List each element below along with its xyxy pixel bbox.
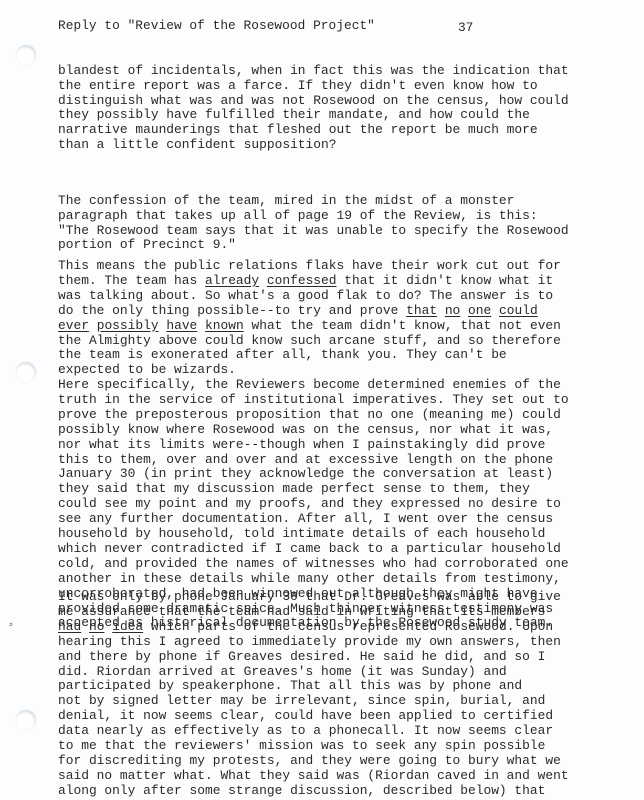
text-line: which never contradicted if I came back … [58, 541, 561, 556]
text-run: the entire report was a farce. If they d… [58, 78, 538, 93]
text-line: possibly know where Rosewood was on the … [58, 422, 553, 437]
text-run: nor what its limits were--though when I … [58, 437, 545, 452]
text-run: another in these details while many othe… [58, 571, 561, 586]
text-run [81, 619, 89, 634]
page-number: 37 [458, 20, 473, 35]
text-line: they possibly have fulfilled their manda… [58, 107, 530, 122]
text-line: expected to be wizards. [58, 362, 236, 377]
underlined-emphasis: ever [58, 318, 89, 333]
text-line: portion of Precinct 9." [58, 237, 236, 252]
text-run [437, 303, 445, 318]
text-run: This means the public relations flaks ha… [58, 258, 561, 273]
text-line: this to them, over and over and at exces… [58, 452, 553, 467]
text-line: them. The team has already confessed tha… [58, 273, 553, 288]
text-run: blandest of incidentals, when in fact th… [58, 63, 569, 78]
text-run: portion of Precinct 9." [58, 237, 236, 252]
text-run: Here specifically, the Reviewers become … [58, 377, 561, 392]
underlined-emphasis: idea [112, 619, 143, 634]
text-run: they possibly have fulfilled their manda… [58, 107, 530, 122]
underlined-emphasis: had [58, 619, 81, 634]
text-line: to me that the reviewers' mission was to… [58, 738, 545, 753]
text-line: The confession of the team, mired in the… [58, 193, 514, 208]
underlined-emphasis: no [445, 303, 460, 318]
text-run: them. The team has [58, 273, 205, 288]
underlined-emphasis: could [499, 303, 538, 318]
text-run: could see my point and my proofs, and th… [58, 496, 561, 511]
text-run: expected to be wizards. [58, 362, 236, 377]
text-run: for discrediting my protests, and they w… [58, 753, 561, 768]
text-line: prove the preposterous proposition that … [58, 407, 561, 422]
scan-speck: ⸗ [8, 620, 14, 631]
text-line: do the only thing possible--to try and p… [58, 303, 538, 318]
text-run [491, 303, 499, 318]
text-line: for discrediting my protests, and they w… [58, 753, 561, 768]
text-line: see any further documentation. After all… [58, 511, 553, 526]
underlined-emphasis: one [468, 303, 491, 318]
text-line: was talking about. So what's a good flak… [58, 288, 553, 303]
underlined-emphasis: confessed [267, 273, 337, 288]
punch-hole [16, 45, 36, 65]
text-line: the team is exonerated after all, thank … [58, 347, 507, 362]
text-run: "The Rosewood team says that it was unab… [58, 223, 569, 238]
text-run: prove the preposterous proposition that … [58, 407, 561, 422]
text-run [197, 318, 205, 333]
underlined-emphasis: possibly [97, 318, 159, 333]
text-run: cold, and provided the names of witnesse… [58, 556, 569, 571]
text-run: to me that the reviewers' mission was to… [58, 738, 545, 753]
text-line: participated by speakerphone. That all t… [58, 678, 522, 693]
text-line: the Almighty above could know such arcan… [58, 333, 561, 348]
text-line: household by household, told intimate de… [58, 526, 545, 541]
underlined-emphasis: known [205, 318, 244, 333]
text-line: truth in the service of institutional im… [58, 392, 569, 407]
text-line: cold, and provided the names of witnesse… [58, 556, 569, 571]
text-line: could see my point and my proofs, and th… [58, 496, 561, 511]
text-line: the entire report was a farce. If they d… [58, 78, 538, 93]
text-run: do the only thing possible--to try and p… [58, 303, 406, 318]
text-run: me assurance that the team had said in w… [58, 604, 545, 619]
underlined-emphasis: that [406, 303, 437, 318]
text-line: nor what its limits were--though when I … [58, 437, 545, 452]
text-run: truth in the service of institutional im… [58, 392, 569, 407]
text-run: was talking about. So what's a good flak… [58, 288, 553, 303]
text-line: blandest of incidentals, when in fact th… [58, 63, 569, 78]
text-run: It was only by phone January 30 that Dr.… [58, 589, 561, 604]
text-line: denial, it now seems clear, could have b… [58, 708, 553, 723]
running-header: Reply to "Review of the Rosewood Project… [58, 18, 375, 33]
underlined-emphasis: no [89, 619, 104, 634]
text-line: Here specifically, the Reviewers become … [58, 377, 561, 392]
text-run: the Almighty above could know such arcan… [58, 333, 561, 348]
text-run: than a little confident supposition? [58, 137, 336, 152]
text-line: along only after some strange discussion… [58, 783, 545, 798]
text-run: possibly know where Rosewood was on the … [58, 422, 553, 437]
text-line: distinguish what was and was not Rosewoo… [58, 93, 569, 108]
text-line: narrative maunderings that fleshed out t… [58, 122, 538, 137]
text-run: data nearly as effectively as to a phone… [58, 723, 553, 738]
text-line: This means the public relations flaks ha… [58, 258, 561, 273]
text-run: along only after some strange discussion… [58, 783, 545, 798]
text-line: not by signed letter may be irrelevant, … [58, 693, 545, 708]
text-run: that it didn't know what it [337, 273, 554, 288]
text-line: ever possibly have known what the team d… [58, 318, 561, 333]
text-line: It was only by phone January 30 that Dr.… [58, 589, 561, 604]
text-line: paragraph that takes up all of page 19 o… [58, 208, 538, 223]
text-line: than a little confident supposition? [58, 137, 336, 152]
text-run: not by signed letter may be irrelevant, … [58, 693, 545, 708]
text-line: data nearly as effectively as to a phone… [58, 723, 553, 738]
text-run [259, 273, 267, 288]
text-run: participated by speakerphone. That all t… [58, 678, 522, 693]
text-run: January 30 (in print they acknowledge th… [58, 466, 553, 481]
text-run: distinguish what was and was not Rosewoo… [58, 93, 569, 108]
text-line: hearing this I agreed to immediately pro… [58, 634, 561, 649]
document-page: ⸗ Reply to "Review of the Rosewood Proje… [0, 0, 644, 800]
text-run: they said that my discussion made perfec… [58, 481, 530, 496]
underlined-emphasis: already [205, 273, 259, 288]
text-run: said no matter what. What they said was … [58, 768, 569, 783]
text-run: did. Riordan arrived at Greaves's home (… [58, 664, 507, 679]
text-run: denial, it now seems clear, could have b… [58, 708, 553, 723]
text-run: which never contradicted if I came back … [58, 541, 561, 556]
text-run: hearing this I agreed to immediately pro… [58, 634, 561, 649]
text-line: January 30 (in print they acknowledge th… [58, 466, 553, 481]
text-line: said no matter what. What they said was … [58, 768, 569, 783]
text-run [460, 303, 468, 318]
text-run: what the team didn't know, that not even [244, 318, 561, 333]
text-run: narrative maunderings that fleshed out t… [58, 122, 538, 137]
text-run: and there by phone if Greaves desired. H… [58, 649, 545, 664]
text-line: me assurance that the team had said in w… [58, 604, 545, 619]
text-run [89, 318, 97, 333]
text-line: they said that my discussion made perfec… [58, 481, 530, 496]
text-run: which parts of the census represented Ro… [143, 619, 553, 634]
text-line: did. Riordan arrived at Greaves's home (… [58, 664, 507, 679]
text-line: and there by phone if Greaves desired. H… [58, 649, 545, 664]
text-run: The confession of the team, mired in the… [58, 193, 514, 208]
text-run: household by household, told intimate de… [58, 526, 545, 541]
punch-hole [16, 710, 36, 730]
text-line: had no idea which parts of the census re… [58, 619, 553, 634]
text-run: the team is exonerated after all, thank … [58, 347, 507, 362]
text-run: this to them, over and over and at exces… [58, 452, 553, 467]
text-run: see any further documentation. After all… [58, 511, 553, 526]
text-line: "The Rosewood team says that it was unab… [58, 223, 569, 238]
punch-hole [16, 362, 36, 382]
text-run: paragraph that takes up all of page 19 o… [58, 208, 538, 223]
text-line: another in these details while many othe… [58, 571, 561, 586]
underlined-emphasis: have [166, 318, 197, 333]
